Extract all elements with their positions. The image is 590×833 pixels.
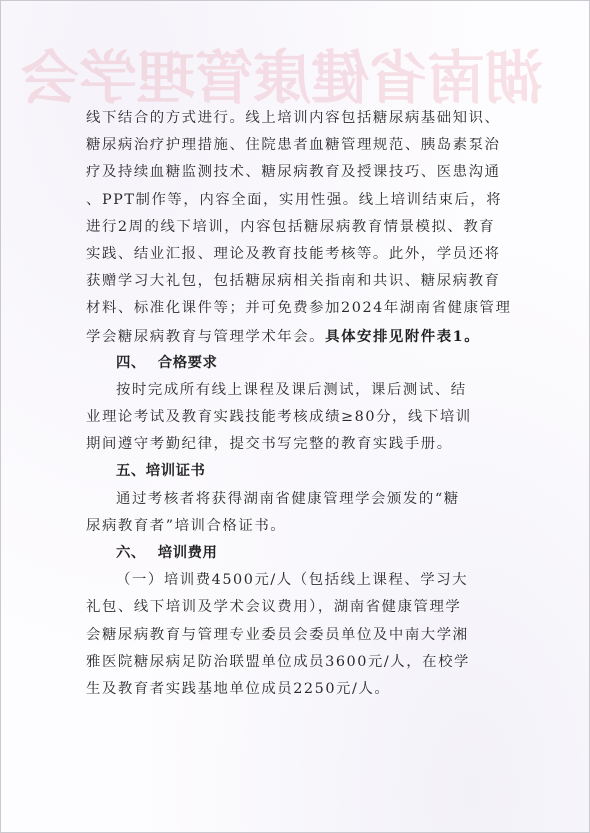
text-line: 、PPT制作等，内容全面，实用性强。线上培训结束后，将 — [86, 187, 516, 214]
text-line: 尿病教育者”培训合格证书。 — [86, 513, 516, 540]
text-line: （一）培训费4500元/人（包括线上课程、学习大 — [86, 567, 516, 594]
text-line: 学会糖尿病教育与管理学术年会。具体安排见附件表1。 — [86, 323, 516, 350]
text-line: 按时完成所有线上课程及课后测试，课后测试、结 — [86, 377, 516, 404]
section-number: 六、 — [116, 545, 146, 561]
text-line: 材料、标准化课件等；并可免费参加2024年湖南省健康管理 — [86, 295, 516, 322]
section-number: 五、 — [116, 463, 146, 479]
section-title: 合格要求 — [158, 355, 218, 371]
text-line: 线下结合的方式进行。线上培训内容包括糖尿病基础知识、 — [86, 105, 516, 132]
section-heading: 五、培训证书 — [86, 458, 516, 485]
text-line: 通过考核者将获得湖南省健康管理学会颁发的“糖 — [86, 486, 516, 513]
section-heading: 六、培训费用 — [86, 540, 516, 567]
paragraph-training-content: 线下结合的方式进行。线上培训内容包括糖尿病基础知识、 糖尿病治疗护理措施、住院患… — [86, 105, 516, 350]
section-training-fees: 六、培训费用 （一）培训费4500元/人（包括线上课程、学习大 礼包、线下培训及… — [86, 540, 516, 703]
schedule-reference-bold: 具体安排见附件表1。 — [325, 328, 480, 345]
document-page: 湖南省健康管理学会 线下结合的方式进行。线上培训内容包括糖尿病基础知识、 糖尿病… — [0, 0, 590, 833]
document-body: 线下结合的方式进行。线上培训内容包括糖尿病基础知识、 糖尿病治疗护理措施、住院患… — [86, 105, 516, 703]
text-line: 糖尿病治疗护理措施、住院患者血糖管理规范、胰岛素泵治 — [86, 132, 516, 159]
text-line: 期间遵守考勤纪律，提交书写完整的教育实践手册。 — [86, 431, 516, 458]
section-number: 四、 — [116, 355, 146, 371]
text-line: 业理论考试及教育实践技能考核成绩≥80分，线下培训 — [86, 404, 516, 431]
text-line: 实践、结业汇报、理论及教育技能考核等。此外，学员还将 — [86, 241, 516, 268]
section-heading: 四、合格要求 — [86, 350, 516, 377]
text-line: 礼包、线下培训及学术会议费用），湖南省健康管理学 — [86, 594, 516, 621]
text-line: 进行2周的线下培训，内容包括糖尿病教育情景模拟、教育 — [86, 214, 516, 241]
section-title: 培训证书 — [146, 463, 206, 479]
text-line: 生及教育者实践基地单位成员2250元/人。 — [86, 676, 516, 703]
text-line: 雅医院糖尿病足防治联盟单位成员3600元/人，在校学 — [86, 649, 516, 676]
section-qualification-requirements: 四、合格要求 按时完成所有线上课程及课后测试，课后测试、结 业理论考试及教育实践… — [86, 350, 516, 459]
section-title: 培训费用 — [158, 545, 218, 561]
text-line: 疗及持续血糖监测技术、糖尿病教育及授课技巧、医患沟通 — [86, 159, 516, 186]
section-training-certificate: 五、培训证书 通过考核者将获得湖南省健康管理学会颁发的“糖 尿病教育者”培训合格… — [86, 458, 516, 540]
text-line: 获赠学习大礼包，包括糖尿病相关指南和共识、糖尿病教育 — [86, 268, 516, 295]
text-segment: 学会糖尿病教育与管理学术年会。 — [86, 329, 325, 345]
text-line: 会糖尿病教育与管理专业委员会委员单位及中南大学湘 — [86, 622, 516, 649]
